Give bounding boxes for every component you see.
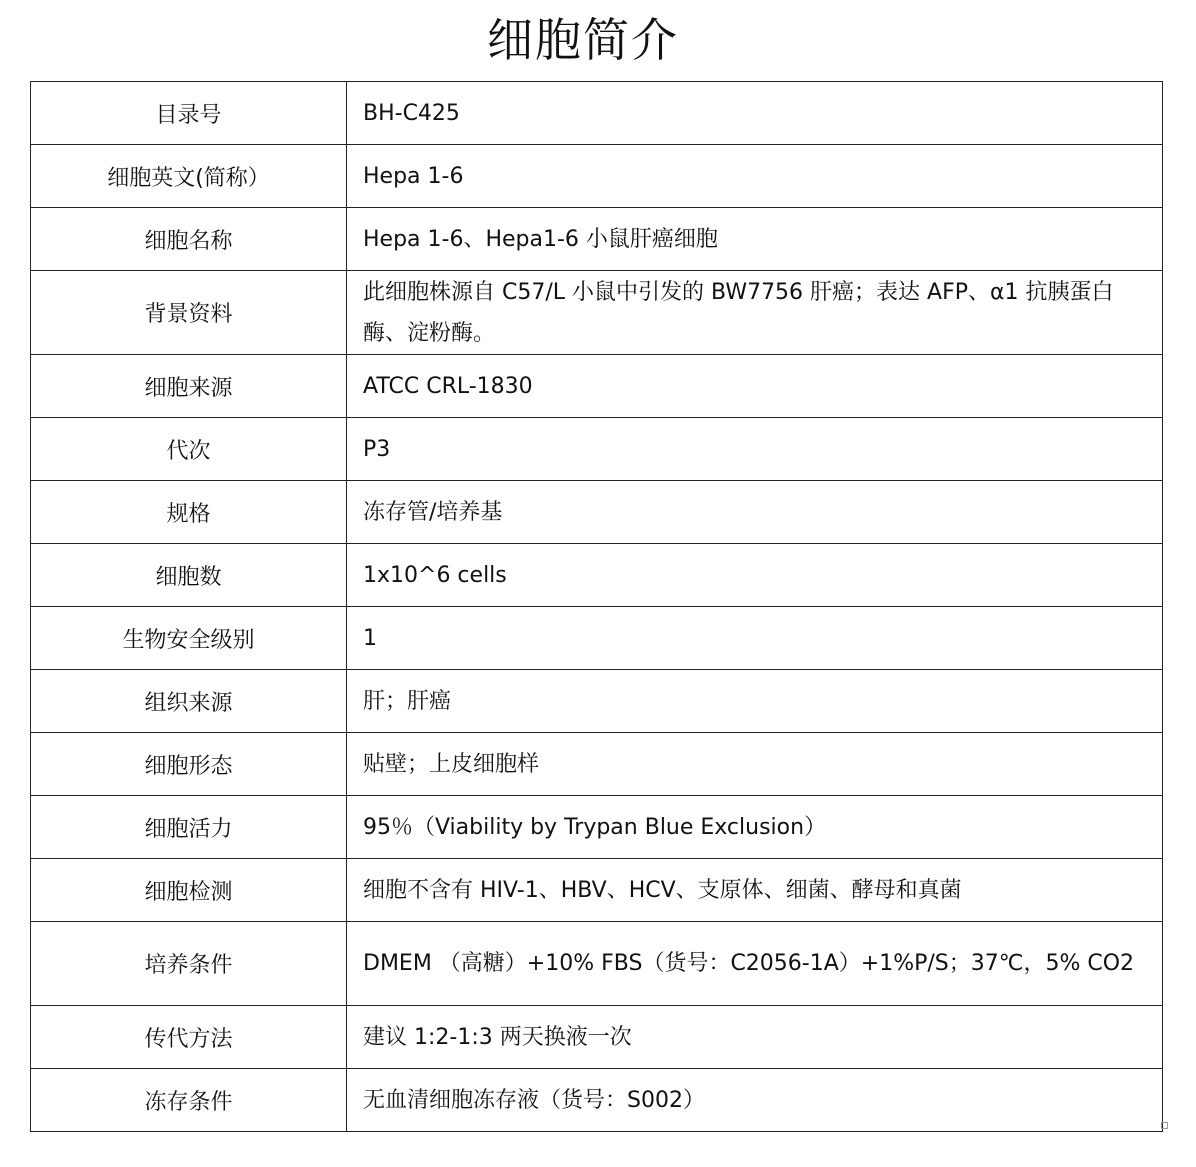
row-label: 规格 — [31, 481, 347, 544]
document-title: 细胞简介 — [0, 10, 1166, 70]
table-row-cell-source: 细胞来源 ATCC CRL-1830 — [31, 355, 1163, 418]
table-row-viability: 细胞活力 95％（Viability by Trypan Blue Exclus… — [31, 796, 1163, 859]
row-label: 细胞名称 — [31, 208, 347, 271]
row-label: 细胞来源 — [31, 355, 347, 418]
table-row-background: 背景资料 此细胞株源自 C57/L 小鼠中引发的 BW7756 肝癌；表达 AF… — [31, 271, 1163, 355]
table-row-subculture-method: 传代方法 建议 1:2-1:3 两天换液一次 — [31, 1006, 1163, 1069]
row-value: DMEM （高糖）+10% FBS（货号：C2056-1A）+1%P/S；37℃… — [347, 922, 1163, 1006]
row-value: Hepa 1-6 — [347, 145, 1163, 208]
row-value: 细胞不含有 HIV-1、HBV、HCV、支原体、细菌、酵母和真菌 — [347, 859, 1163, 922]
row-value: 1x10^6 cells — [347, 544, 1163, 607]
row-value: Hepa 1-6、Hepa1-6 小鼠肝癌细胞 — [347, 208, 1163, 271]
table-row-english-name: 细胞英文(简称） Hepa 1-6 — [31, 145, 1163, 208]
table-row-cell-name: 细胞名称 Hepa 1-6、Hepa1-6 小鼠肝癌细胞 — [31, 208, 1163, 271]
table-row-cell-count: 细胞数 1x10^6 cells — [31, 544, 1163, 607]
row-value: 肝；肝癌 — [347, 670, 1163, 733]
row-label: 组织来源 — [31, 670, 347, 733]
row-value: 贴壁；上皮细胞样 — [347, 733, 1163, 796]
table-row-culture-conditions: 培养条件 DMEM （高糖）+10% FBS（货号：C2056-1A）+1%P/… — [31, 922, 1163, 1006]
table-row-passage: 代次 P3 — [31, 418, 1163, 481]
row-label: 细胞形态 — [31, 733, 347, 796]
row-label: 生物安全级别 — [31, 607, 347, 670]
row-value: 此细胞株源自 C57/L 小鼠中引发的 BW7756 肝癌；表达 AFP、α1 … — [347, 271, 1163, 355]
row-label: 冻存条件 — [31, 1069, 347, 1132]
row-label: 细胞活力 — [31, 796, 347, 859]
row-value: 95％（Viability by Trypan Blue Exclusion） — [347, 796, 1163, 859]
table-resize-handle[interactable] — [1161, 1122, 1168, 1129]
row-label: 培养条件 — [31, 922, 347, 1006]
row-value: 冻存管/培养基 — [347, 481, 1163, 544]
table-row-biosafety-level: 生物安全级别 1 — [31, 607, 1163, 670]
table-row-morphology: 细胞形态 贴壁；上皮细胞样 — [31, 733, 1163, 796]
row-label: 目录号 — [31, 82, 347, 145]
row-value: 无血清细胞冻存液（货号：S002） — [347, 1069, 1163, 1132]
table-row-catalog-number: 目录号 BH-C425 — [31, 82, 1163, 145]
row-value: ATCC CRL-1830 — [347, 355, 1163, 418]
table-row-testing: 细胞检测 细胞不含有 HIV-1、HBV、HCV、支原体、细菌、酵母和真菌 — [31, 859, 1163, 922]
row-label: 细胞英文(简称） — [31, 145, 347, 208]
row-label: 细胞检测 — [31, 859, 347, 922]
row-label: 背景资料 — [31, 271, 347, 355]
row-value: P3 — [347, 418, 1163, 481]
table-row-tissue-source: 组织来源 肝；肝癌 — [31, 670, 1163, 733]
row-label: 传代方法 — [31, 1006, 347, 1069]
row-label: 代次 — [31, 418, 347, 481]
table-row-specification: 规格 冻存管/培养基 — [31, 481, 1163, 544]
table-row-cryopreservation: 冻存条件 无血清细胞冻存液（货号：S002） — [31, 1069, 1163, 1132]
row-value: BH-C425 — [347, 82, 1163, 145]
row-label: 细胞数 — [31, 544, 347, 607]
row-value: 建议 1:2-1:3 两天换液一次 — [347, 1006, 1163, 1069]
row-value: 1 — [347, 607, 1163, 670]
cell-info-table: 目录号 BH-C425 细胞英文(简称） Hepa 1-6 细胞名称 Hepa … — [30, 81, 1163, 1132]
